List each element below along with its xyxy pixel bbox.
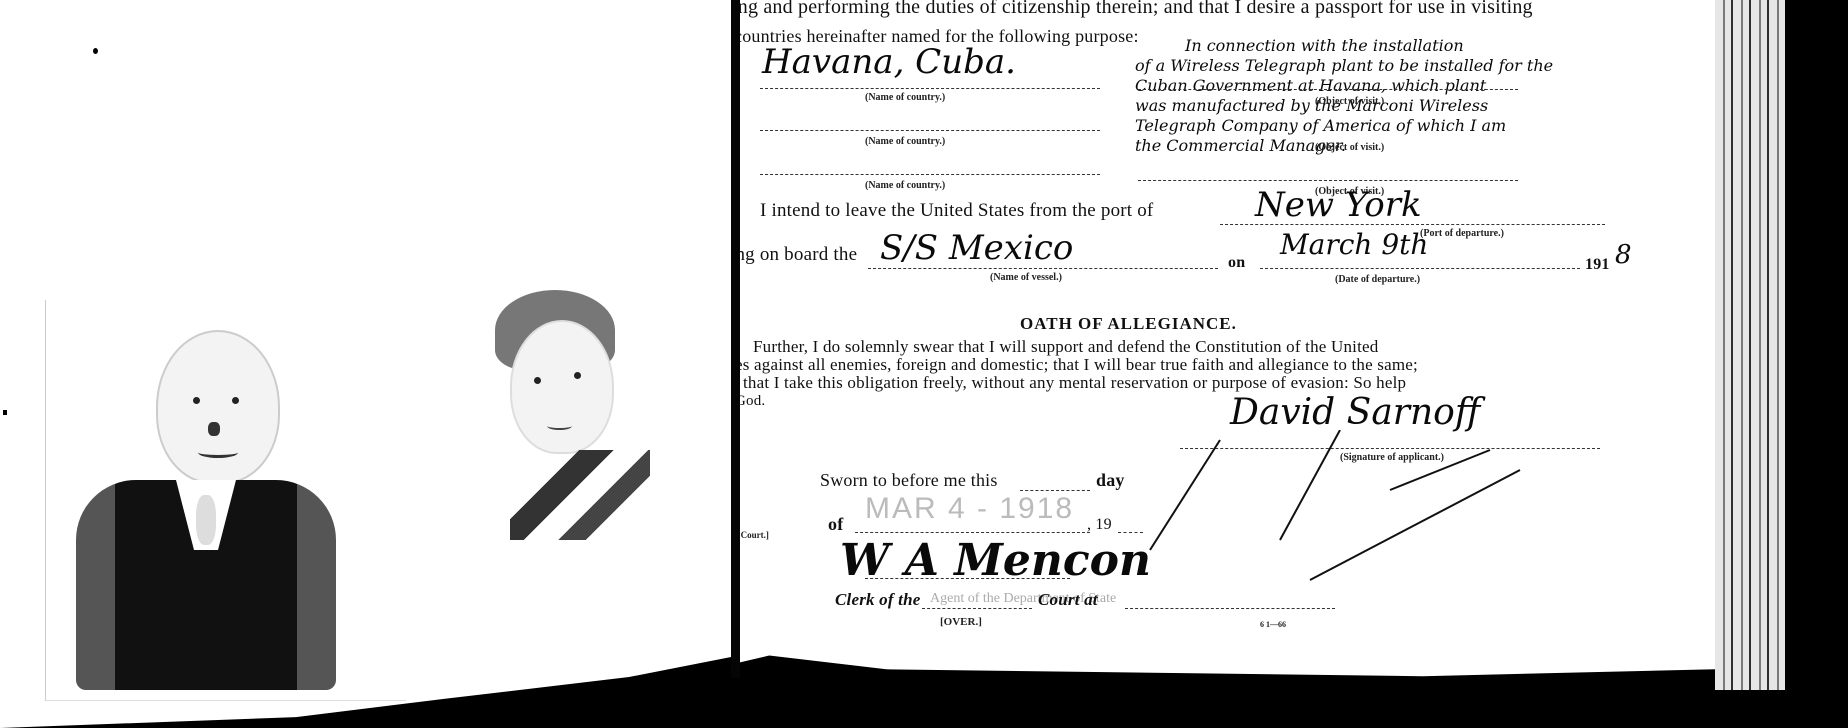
country-1-line — [760, 88, 1100, 89]
page-edges — [1715, 0, 1785, 690]
oath-line-3: that I take this obligation freely, with… — [735, 374, 1418, 392]
vessel-prefix: ing on board the — [730, 244, 857, 266]
applicant-signature[interactable]: David Sarnoff — [1230, 392, 1480, 433]
necktie — [196, 495, 216, 545]
vessel-line — [868, 268, 1218, 269]
eye — [534, 377, 541, 384]
country-3-label: (Name of country.) — [865, 180, 945, 191]
collar-scarf — [510, 450, 650, 540]
vessel-value[interactable]: S/S Mexico — [880, 228, 1073, 268]
court-at-line — [1125, 608, 1335, 609]
oath-title: OATH OF ALLEGIANCE. — [1020, 314, 1237, 334]
form-code: 6 1—66 — [1260, 620, 1286, 629]
object-of-visit[interactable]: In connection with the installation of a… — [1135, 36, 1655, 156]
object-line-6: the Commercial Manager. — [1135, 136, 1655, 156]
mouth — [198, 447, 238, 458]
object-line-rule-1 — [1138, 89, 1518, 90]
country-3-line — [760, 174, 1100, 175]
court-at-label: Court at — [1038, 590, 1098, 610]
port-label: (Port of departure.) — [1420, 228, 1504, 239]
eye — [574, 372, 581, 379]
object-line-3: Cuban Government at Havana, which plant — [1135, 76, 1655, 96]
photo-applicant-woman — [470, 300, 710, 600]
background-right — [1785, 0, 1848, 728]
oath-line-2: es against all enemies, foreign and dome… — [735, 356, 1418, 374]
speck — [93, 48, 98, 54]
country-2-label: (Name of country.) — [865, 136, 945, 147]
country-2-line — [760, 130, 1100, 131]
face — [156, 330, 280, 484]
object-line-1: In connection with the installation — [1135, 36, 1655, 56]
speck — [3, 410, 7, 415]
year-suffix[interactable]: 8 — [1615, 240, 1632, 270]
nose — [208, 422, 220, 436]
date-value[interactable]: March 9th — [1280, 228, 1428, 261]
photo-applicant-man — [45, 300, 406, 701]
object-line-5: Telegraph Company of America of which I … — [1135, 116, 1655, 136]
page-spine — [731, 0, 740, 678]
object-line-2: of a Wireless Telegraph plant to be inst… — [1135, 56, 1655, 76]
date-stamp: MAR 4 - 1918 — [865, 492, 1074, 526]
object-label-1: (Object of visit.) — [1315, 96, 1384, 107]
mouth — [547, 422, 572, 430]
vessel-label: (Name of vessel.) — [990, 272, 1062, 283]
sworn-day-line — [1020, 490, 1090, 491]
sworn-of-label: of — [828, 514, 843, 535]
object-line-rule-3 — [1138, 180, 1518, 181]
date-line — [1260, 268, 1580, 269]
sworn-day-label: day — [1096, 470, 1125, 491]
form-page: ing and performing the duties of citizen… — [740, 0, 1715, 690]
port-prefix: I intend to leave the United States from… — [760, 200, 1153, 222]
clerk-line — [922, 608, 1032, 609]
object-line-4: was manufactured by the Marconi Wireless — [1135, 96, 1655, 116]
intro-line-1: ing and performing the duties of citizen… — [732, 0, 1533, 19]
year-prefix: 191 — [1585, 256, 1610, 274]
date-label: (Date of departure.) — [1335, 274, 1420, 285]
photo-page — [0, 0, 740, 728]
oath-line-1: Further, I do solemnly swear that I will… — [735, 338, 1418, 356]
eye — [193, 397, 200, 404]
on-label: on — [1228, 254, 1245, 272]
sworn-month-line — [855, 532, 1090, 533]
over-label: [OVER.] — [940, 616, 982, 628]
sworn-prefix: Sworn to before me this — [820, 470, 998, 491]
sworn-year-label: , 19 — [1087, 516, 1112, 534]
face — [510, 320, 614, 454]
country-1-value[interactable]: Havana, Cuba. — [762, 42, 1016, 82]
official-line — [865, 578, 1070, 579]
country-1-label: (Name of country.) — [865, 92, 945, 103]
eye — [232, 397, 239, 404]
object-label-2: (Object of visit.) — [1315, 142, 1384, 153]
clerk-prefix: Clerk of the — [835, 590, 921, 610]
port-value[interactable]: New York — [1255, 185, 1422, 225]
sworn-year-line — [1118, 532, 1143, 533]
signature-strokes — [1090, 430, 1540, 610]
